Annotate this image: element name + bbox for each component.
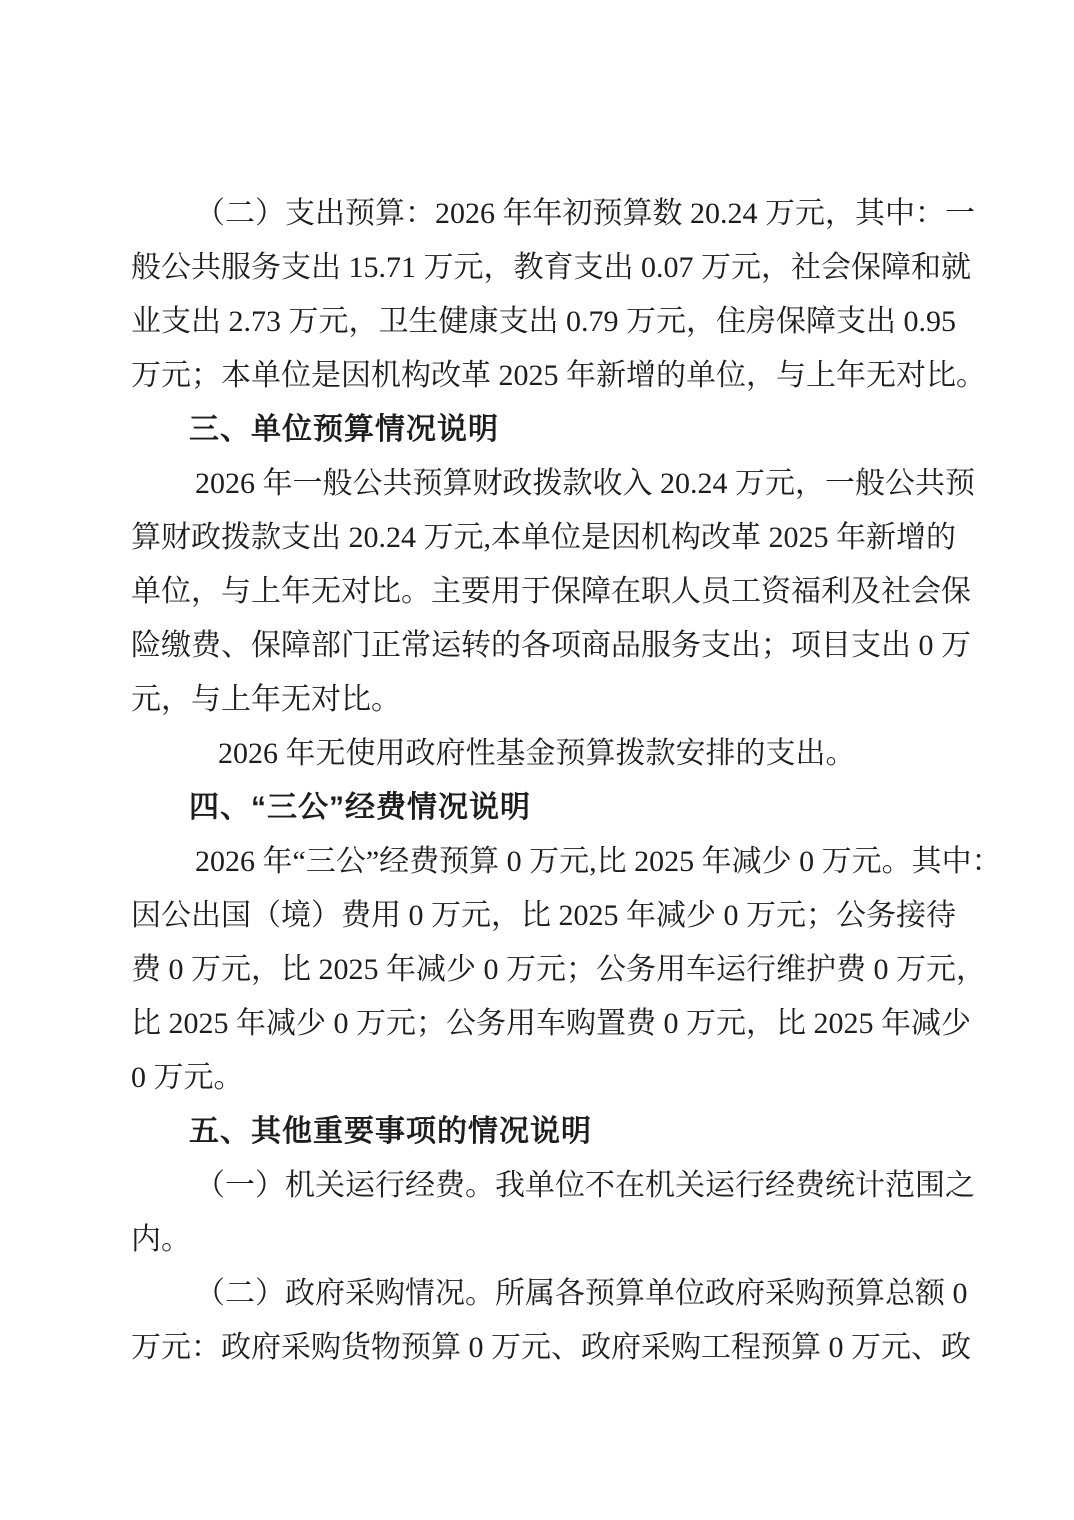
- section-heading: 五、其他重要事项的情况说明: [131, 1105, 943, 1159]
- paragraph-line: 险缴费、保障部门正常运转的各项商品服务支出；项目支出 0 万: [131, 619, 943, 673]
- document-page: （二）支出预算：2026 年年初预算数 20.24 万元，其中：一般公共服务支出…: [0, 0, 1074, 1520]
- paragraph-line: 元，与上年无对比。: [131, 673, 943, 727]
- paragraph-line: 2026 年无使用政府性基金预算拨款安排的支出。: [131, 727, 943, 781]
- paragraph-line: 比 2025 年减少 0 万元；公务用车购置费 0 万元，比 2025 年减少: [131, 997, 943, 1051]
- paragraph-line: （一）机关运行经费。我单位不在机关运行经费统计范围之: [131, 1159, 943, 1213]
- section-heading: 三、单位预算情况说明: [131, 403, 943, 457]
- paragraph-line: 算财政拨款支出 20.24 万元,本单位是因机构改革 2025 年新增的: [131, 511, 943, 565]
- paragraph-line: 内。: [131, 1213, 943, 1267]
- paragraph-line: （二）支出预算：2026 年年初预算数 20.24 万元，其中：一: [131, 187, 943, 241]
- paragraph-line: 单位，与上年无对比。主要用于保障在职人员工资福利及社会保: [131, 565, 943, 619]
- section-heading: 四、“三公”经费情况说明: [131, 781, 943, 835]
- paragraph-line: （二）政府采购情况。所属各预算单位政府采购预算总额 0: [131, 1267, 943, 1321]
- paragraph-line: 业支出 2.73 万元，卫生健康支出 0.79 万元，住房保障支出 0.95: [131, 295, 943, 349]
- paragraph-line: 般公共服务支出 15.71 万元，教育支出 0.07 万元，社会保障和就: [131, 241, 943, 295]
- paragraph-line: 2026 年一般公共预算财政拨款收入 20.24 万元，一般公共预: [131, 457, 943, 511]
- paragraph-line: 2026 年“三公”经费预算 0 万元,比 2025 年减少 0 万元。其中：: [131, 835, 943, 889]
- paragraph-line: 0 万元。: [131, 1051, 943, 1105]
- paragraph-line: 费 0 万元，比 2025 年减少 0 万元；公务用车运行维护费 0 万元，: [131, 943, 943, 997]
- document-body: （二）支出预算：2026 年年初预算数 20.24 万元，其中：一般公共服务支出…: [131, 187, 943, 1375]
- paragraph-line: 万元：政府采购货物预算 0 万元、政府采购工程预算 0 万元、政: [131, 1321, 943, 1375]
- paragraph-line: 万元；本单位是因机构改革 2025 年新增的单位，与上年无对比。: [131, 349, 943, 403]
- paragraph-line: 因公出国（境）费用 0 万元，比 2025 年减少 0 万元；公务接待: [131, 889, 943, 943]
